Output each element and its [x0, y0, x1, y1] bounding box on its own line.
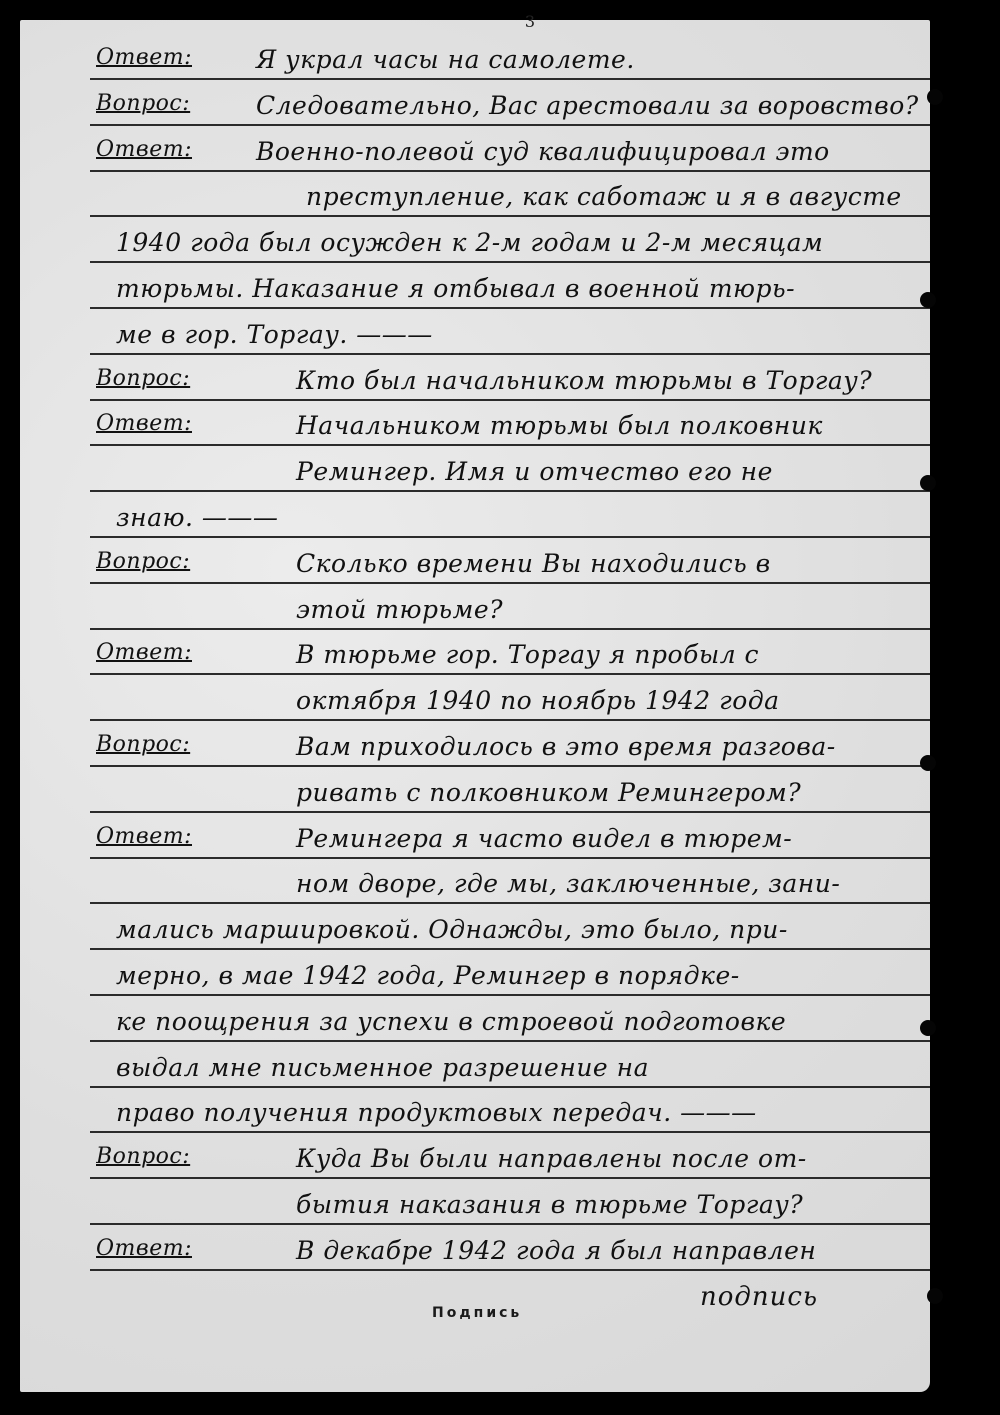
ruled-line [90, 78, 930, 80]
line-text: бытия наказания в тюрьме Торгау? [296, 1190, 803, 1219]
line-text: Вам приходилось в это время разгова- [296, 732, 836, 761]
transcript-line: этой тюрьме? [96, 595, 926, 629]
ruled-line [90, 948, 930, 950]
speaker-label: Вопрос: [96, 732, 190, 757]
ruled-line [90, 811, 930, 813]
transcript-line: преступление, как саботаж и я в августе [96, 182, 926, 216]
transcript-line: октября 1940 по ноябрь 1942 года [96, 686, 926, 720]
ruled-line [90, 1131, 930, 1133]
ruled-line [90, 994, 930, 996]
line-text: Ремингер. Имя и отчество его не [296, 457, 773, 486]
transcript-line: Ответ:Ремингера я часто видел в тюрем- [96, 824, 926, 858]
line-text: октября 1940 по ноябрь 1942 года [296, 686, 780, 715]
ruled-line [90, 124, 930, 126]
ruled-line [90, 1086, 930, 1088]
line-text: Кто был начальником тюрьмы в Торгау? [296, 366, 872, 395]
speaker-label: Вопрос: [96, 91, 190, 116]
ruled-line [90, 353, 930, 355]
line-text: Военно-полевой суд квалифицировал это [256, 137, 830, 166]
punch-hole-icon [920, 475, 936, 491]
line-text: выдал мне письменное разрешение на [116, 1053, 649, 1082]
transcript-line: ривать с полковником Ремингером? [96, 778, 926, 812]
line-text: этой тюрьме? [296, 595, 503, 624]
transcript-line: 1940 года был осужден к 2-м годам и 2-м … [96, 228, 926, 262]
transcript-line: Вопрос:Вам приходилось в это время разго… [96, 732, 926, 766]
transcript-line: Ответ:Начальником тюрьмы был полковник [96, 411, 926, 445]
ruled-line [90, 536, 930, 538]
line-text: мались маршировкой. Однажды, это было, п… [116, 915, 788, 944]
ruled-line [90, 261, 930, 263]
ruled-line [90, 170, 930, 172]
ruled-line [90, 673, 930, 675]
ruled-line [90, 215, 930, 217]
ruled-line [90, 307, 930, 309]
punch-hole-icon [920, 755, 936, 771]
line-text: мерно, в мае 1942 года, Ремингер в поряд… [116, 961, 740, 990]
ruled-line [90, 490, 930, 492]
line-text: Ремингера я часто видел в тюрем- [296, 824, 792, 853]
line-text: ном дворе, где мы, заключенные, зани- [296, 869, 840, 898]
line-text: Следовательно, Вас арестовали за воровст… [256, 91, 919, 120]
line-text: Сколько времени Вы находились в [296, 549, 771, 578]
line-text: ривать с полковником Ремингером? [296, 778, 801, 807]
handwritten-signature: подпись [700, 1282, 818, 1312]
transcript-line: право получения продуктовых передач. ——— [96, 1098, 926, 1132]
speaker-label: Ответ: [96, 45, 192, 70]
transcript-line: мались маршировкой. Однажды, это было, п… [96, 915, 926, 949]
line-text: Куда Вы были направлены после от- [296, 1144, 807, 1173]
transcript-line: бытия наказания в тюрьме Торгау? [96, 1190, 926, 1224]
transcript-line: выдал мне письменное разрешение на [96, 1053, 926, 1087]
ruled-line [90, 902, 930, 904]
line-text: преступление, как саботаж и я в августе [306, 182, 902, 211]
transcript-line: тюрьмы. Наказание я отбывал в военной тю… [96, 274, 926, 308]
transcript-line: Вопрос:Сколько времени Вы находились в [96, 549, 926, 583]
transcript-line: Вопрос:Куда Вы были направлены после от- [96, 1144, 926, 1178]
speaker-label: Ответ: [96, 824, 192, 849]
ruled-line [90, 582, 930, 584]
speaker-label: Ответ: [96, 1236, 192, 1261]
signature-label: Подпись [432, 1305, 522, 1321]
transcript-line: Ответ:В тюрьме гор. Торгау я пробыл с [96, 640, 926, 674]
ruled-line [90, 719, 930, 721]
punch-hole-icon [927, 89, 943, 105]
page-number: 3 [500, 18, 560, 30]
line-text: право получения продуктовых передач. ——— [116, 1098, 757, 1127]
line-text: тюрьмы. Наказание я отбывал в военной тю… [116, 274, 795, 303]
transcript-line: Ремингер. Имя и отчество его не [96, 457, 926, 491]
speaker-label: Ответ: [96, 137, 192, 162]
ruled-line [90, 765, 930, 767]
line-text: ке поощрения за успехи в строевой подгот… [116, 1007, 786, 1036]
line-text: знаю. ——— [116, 503, 278, 532]
punch-hole-icon [920, 292, 936, 308]
transcript-line: Ответ:В декабре 1942 года я был направле… [96, 1236, 926, 1270]
line-text: В декабре 1942 года я был направлен [296, 1236, 816, 1265]
speaker-label: Вопрос: [96, 366, 190, 391]
line-text: В тюрьме гор. Торгау я пробыл с [296, 640, 759, 669]
transcript-line: Вопрос:Кто был начальником тюрьмы в Торг… [96, 366, 926, 400]
transcript-line: ном дворе, где мы, заключенные, зани- [96, 869, 926, 903]
punch-hole-icon [927, 1288, 943, 1304]
speaker-label: Ответ: [96, 411, 192, 436]
transcript-line: знаю. ——— [96, 503, 926, 537]
transcript-line: Ответ:Военно-полевой суд квалифицировал … [96, 137, 926, 171]
ruled-line [90, 1269, 930, 1271]
ruled-line [90, 1177, 930, 1179]
ruled-line [90, 444, 930, 446]
punch-hole-icon [920, 1020, 936, 1036]
ruled-line [90, 399, 930, 401]
line-text: 1940 года был осужден к 2-м годам и 2-м … [116, 228, 823, 257]
speaker-label: Вопрос: [96, 549, 190, 574]
transcript-line: ке поощрения за успехи в строевой подгот… [96, 1007, 926, 1041]
ruled-line [90, 1040, 930, 1042]
transcript-line: мерно, в мае 1942 года, Ремингер в поряд… [96, 961, 926, 995]
transcript-line: ме в гор. Торгау. ——— [96, 320, 926, 354]
line-text: Начальником тюрьмы был полковник [296, 411, 823, 440]
speaker-label: Ответ: [96, 640, 192, 665]
ruled-line [90, 857, 930, 859]
line-text: ме в гор. Торгау. ——— [116, 320, 433, 349]
speaker-label: Вопрос: [96, 1144, 190, 1169]
line-text: Я украл часы на самолете. [256, 45, 635, 74]
ruled-line [90, 1223, 930, 1225]
ruled-line [90, 628, 930, 630]
transcript-line: Вопрос:Следовательно, Вас арестовали за … [96, 91, 926, 125]
transcript-line: Ответ:Я украл часы на самолете. [96, 45, 926, 79]
